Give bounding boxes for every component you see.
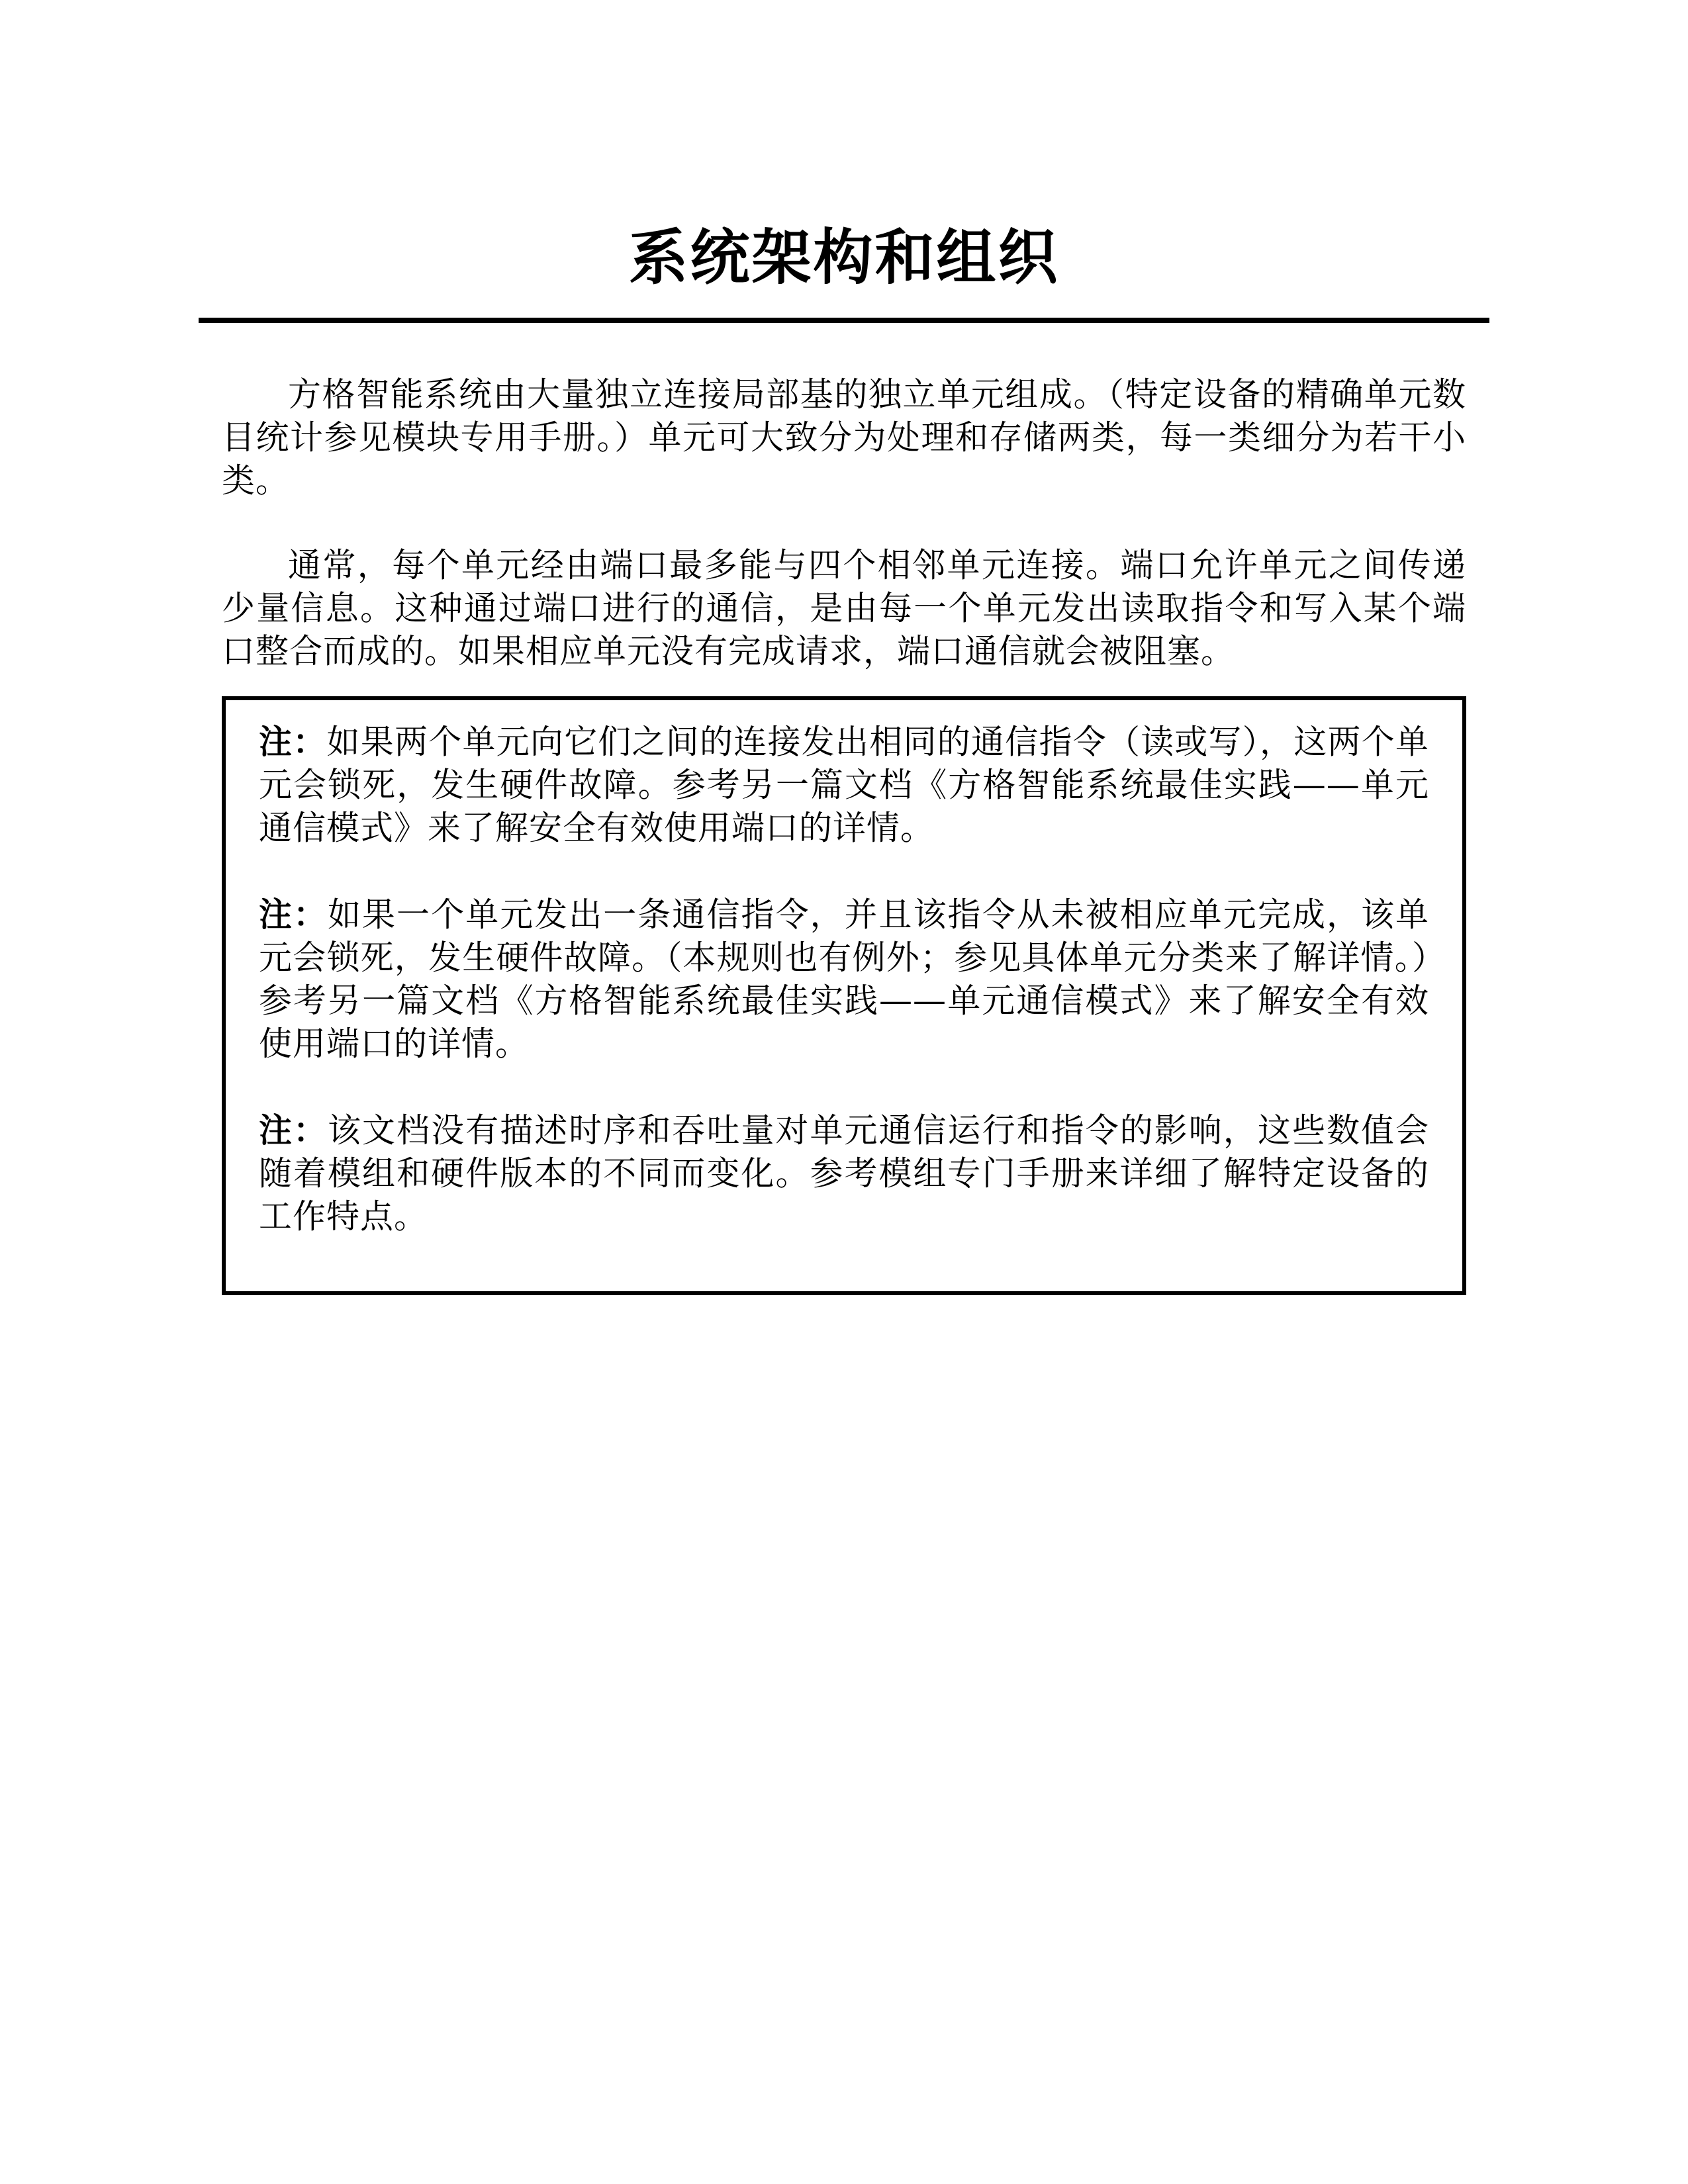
content-column: 系统架构和组织 方格智能系统由大量独立连接局部基的独立单元组成。（特定设备的精确… [222, 225, 1466, 1295]
note-3: 注：该文档没有描述时序和吞吐量对单元通信运行和指令的影响，这些数值会随着模组和硬… [259, 1109, 1429, 1238]
note-2-label: 注： [259, 895, 328, 934]
page-title: 系统架构和组织 [222, 225, 1466, 291]
note-1-label: 注： [259, 722, 326, 761]
body-paragraph-1: 方格智能系统由大量独立连接局部基的独立单元组成。（特定设备的精确单元数目统计参见… [222, 373, 1466, 502]
note-1-text: 如果两个单元向它们之间的连接发出相同的通信指令（读或写），这两个单元会锁死，发生… [259, 723, 1429, 847]
note-3-text: 该文档没有描述时序和吞吐量对单元通信运行和指令的影响，这些数值会随着模组和硬件版… [259, 1111, 1429, 1236]
title-divider-rule [199, 318, 1489, 323]
body-paragraph-2: 通常，每个单元经由端口最多能与四个相邻单元连接。端口允许单元之间传递少量信息。这… [222, 544, 1466, 673]
note-1: 注：如果两个单元向它们之间的连接发出相同的通信指令（读或写），这两个单元会锁死，… [259, 720, 1429, 850]
note-2: 注：如果一个单元发出一条通信指令，并且该指令从未被相应单元完成，该单元会锁死，发… [259, 893, 1429, 1066]
document-page: 系统架构和组织 方格智能系统由大量独立连接局部基的独立单元组成。（特定设备的精确… [0, 0, 1688, 2184]
note-3-label: 注： [259, 1111, 328, 1150]
note-box: 注：如果两个单元向它们之间的连接发出相同的通信指令（读或写），这两个单元会锁死，… [222, 696, 1466, 1295]
note-2-text: 如果一个单元发出一条通信指令，并且该指令从未被相应单元完成，该单元会锁死，发生硬… [259, 895, 1429, 1063]
